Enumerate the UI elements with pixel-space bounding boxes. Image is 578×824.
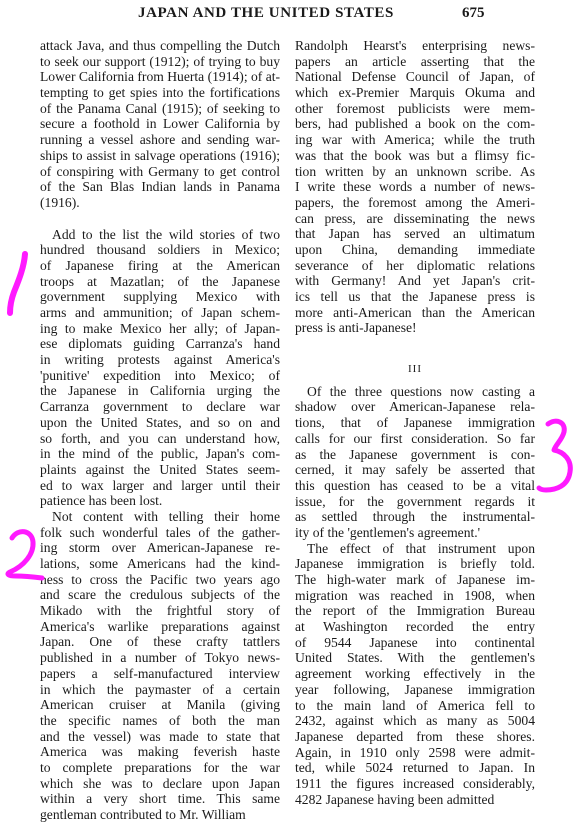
page-header: JAPAN AND THE UNITED STATES 675 xyxy=(0,5,578,25)
text-line: ing war with America; while the truth xyxy=(295,132,535,148)
text-line: Mikado with the frightful story of xyxy=(40,603,280,619)
text-line: that Japan has served an ultimatum xyxy=(295,226,535,242)
text-line: Lower California from Huerta (1914); of … xyxy=(40,69,280,85)
text-line: The high-water mark of Japanese im- xyxy=(295,572,535,588)
text-line: folk such wonderful tales of the gather- xyxy=(40,525,280,541)
text-line: upon the United States, and so on and xyxy=(40,415,280,431)
text-line: arms and ammunition; of Japan schem- xyxy=(40,305,280,321)
left-column: attack Java, and thus compelling the Dut… xyxy=(40,38,280,823)
text-line: running a vessel ashore and sending war- xyxy=(40,132,280,148)
text-line: ed to wax larger and larger until their xyxy=(40,478,280,494)
paragraph: The effect of that instrument uponJapane… xyxy=(295,541,535,808)
text-line: 'punitive' expedition into Mexico; of xyxy=(40,368,280,384)
paragraph: Add to the list the wild stories of twoh… xyxy=(40,227,280,509)
text-line: Add to the list the wild stories of two xyxy=(40,227,280,243)
text-line: Japanese departed from these shores. xyxy=(295,729,535,745)
text-line: to complete preparations for the war xyxy=(40,760,280,776)
text-line: ese diplomats guiding Carranza's hand xyxy=(40,336,280,352)
text-line: so forth, and you can understand how, xyxy=(40,431,280,447)
text-line: gentleman contributed to Mr. William xyxy=(40,807,280,823)
text-line: to seek our support (1912); of trying to… xyxy=(40,54,280,70)
text-line: The effect of that instrument upon xyxy=(295,541,535,557)
text-line: Of the three questions now casting a xyxy=(295,384,535,400)
text-line: ships to assist in salvage operations (1… xyxy=(40,148,280,164)
text-line: the report of the Immigration Bureau xyxy=(295,603,535,619)
text-line: America's warlike preparations against xyxy=(40,619,280,635)
text-line: America was making feverish haste xyxy=(40,744,280,760)
text-line: 4282 Japanese having been admitted xyxy=(295,792,535,808)
text-line: of the Panama Canal (1915); of seeking t… xyxy=(40,101,280,117)
text-line: migration was reached in 1908, when xyxy=(295,588,535,604)
text-line: ity of the 'gentlemen's agreement.' xyxy=(295,525,535,541)
text-line: was that the book was but a flimsy fic- xyxy=(295,148,535,164)
text-line: 1911 the figures increased considerably, xyxy=(295,776,535,792)
text-line: year following, Japanese immigration xyxy=(295,682,535,698)
text-line: shadow over American-Japanese rela- xyxy=(295,399,535,415)
text-line: (1916). xyxy=(40,195,280,211)
text-line: secure a foothold in Lower California by xyxy=(40,116,280,132)
text-line: to the main land of America fell to xyxy=(295,698,535,714)
text-line: Randolph Hearst's enterprising news- xyxy=(295,38,535,54)
text-line: ing storm over American-Japanese re- xyxy=(40,540,280,556)
text-line: troops at Mazatlan; of the Japanese xyxy=(40,274,280,290)
text-line: 2432, against which as many as 5004 xyxy=(295,713,535,729)
text-line: Japanese immigration is briefly told. xyxy=(295,556,535,572)
paragraph: Randolph Hearst's enterprising news-pape… xyxy=(295,38,535,336)
text-line: in which the paymaster of a certain xyxy=(40,682,280,698)
text-line: bers, had published a book on the com- xyxy=(295,116,535,132)
text-line: this question has ceased to be a vital xyxy=(295,478,535,494)
text-line: at Washington recorded the entry xyxy=(295,619,535,635)
text-line: patience has been lost. xyxy=(40,493,280,509)
text-line: within a very short time. This same xyxy=(40,791,280,807)
text-line: papers a self-manufactured interview xyxy=(40,666,280,682)
text-line: with Germany! And yet Japan's crit- xyxy=(295,273,535,289)
running-title: JAPAN AND THE UNITED STATES xyxy=(138,5,394,22)
text-line: papers an article asserting that the xyxy=(295,54,535,70)
text-line: government supplying Mexico with xyxy=(40,289,280,305)
page-number: 675 xyxy=(462,5,485,22)
text-line: ics tell us that the Japanese press is xyxy=(295,289,535,305)
text-line: papers, the foremost among the Ameri- xyxy=(295,195,535,211)
text-line: Carranza government to declare war xyxy=(40,399,280,415)
text-line: Not content with telling their home xyxy=(40,509,280,525)
text-line: of Japanese firing at the American xyxy=(40,258,280,274)
text-line: ted, while 5024 returned to Japan. In xyxy=(295,760,535,776)
section-heading: III xyxy=(295,362,535,378)
text-line: lations, some Americans had the kind- xyxy=(40,556,280,572)
text-line: published in a number of Tokyo news- xyxy=(40,650,280,666)
text-line: as the Japanese government is con- xyxy=(295,447,535,463)
text-line: attack Java, and thus compelling the Dut… xyxy=(40,38,280,54)
paragraph: attack Java, and thus compelling the Dut… xyxy=(40,38,280,211)
text-line: in the mind of the public, Japan's com- xyxy=(40,446,280,462)
text-line: and scare the credulous subjects of the xyxy=(40,587,280,603)
text-line: press is anti-Japanese! xyxy=(295,320,535,336)
text-line: tion written by an unknown scribe. As xyxy=(295,164,535,180)
text-line: the Japanese in California urging the xyxy=(40,383,280,399)
text-line: of conspiring with Germany to get contro… xyxy=(40,164,280,180)
text-line: ness to cross the Pacific two years ago xyxy=(40,572,280,588)
text-line: National Defense Council of Japan, of xyxy=(295,69,535,85)
text-line: I write these words a number of news- xyxy=(295,179,535,195)
text-line: calls for our first consideration. So fa… xyxy=(295,431,535,447)
text-line: the specific names of both the man xyxy=(40,713,280,729)
handwritten-mark-3-icon xyxy=(530,410,578,500)
paragraph: Of the three questions now casting ashad… xyxy=(295,384,535,541)
text-line: other foremost publicists were mem- xyxy=(295,101,535,117)
right-column: Randolph Hearst's enterprising news-pape… xyxy=(295,38,535,807)
text-line: of the San Blas Indian lands in Panama xyxy=(40,179,280,195)
handwritten-mark-2-icon xyxy=(0,520,50,590)
text-line: Again, in 1910 only 2598 were admit- xyxy=(295,745,535,761)
text-line: and the vessel) was made to state that xyxy=(40,729,280,745)
text-line: tions, that of Japanese immigration xyxy=(295,415,535,431)
text-line: more anti-American than the American xyxy=(295,305,535,321)
text-line: as settled through the instrumental- xyxy=(295,509,535,525)
text-line: which ex-Premier Marquis Okuma and xyxy=(295,85,535,101)
text-line: ing to make Mexico her ally; of Japan- xyxy=(40,321,280,337)
text-line: upon China, demanding immediate xyxy=(295,242,535,258)
text-line: hundred thousand soldiers in Mexico; xyxy=(40,242,280,258)
text-line: American cruiser at Manila (giving xyxy=(40,697,280,713)
text-line: agreement working effectively in the xyxy=(295,666,535,682)
text-line: which she was to declare upon Japan xyxy=(40,776,280,792)
handwritten-mark-1-icon xyxy=(0,240,40,320)
text-line: of 9544 Japanese into continental xyxy=(295,635,535,651)
text-line: Japan. One of these crafty tattlers xyxy=(40,634,280,650)
text-line: tempting to get spies into the fortifica… xyxy=(40,85,280,101)
paragraph: Not content with telling their homefolk … xyxy=(40,509,280,823)
text-line: plaints against the United States seem- xyxy=(40,462,280,478)
text-line: severance of her diplomatic relations xyxy=(295,258,535,274)
text-line: cerned, it may safely be asserted that xyxy=(295,462,535,478)
text-line: in writing protests against America's xyxy=(40,352,280,368)
text-line: United States. With the gentlemen's xyxy=(295,650,535,666)
text-line: can press, are disseminating the news xyxy=(295,211,535,227)
text-line: issue, for the government regards it xyxy=(295,494,535,510)
